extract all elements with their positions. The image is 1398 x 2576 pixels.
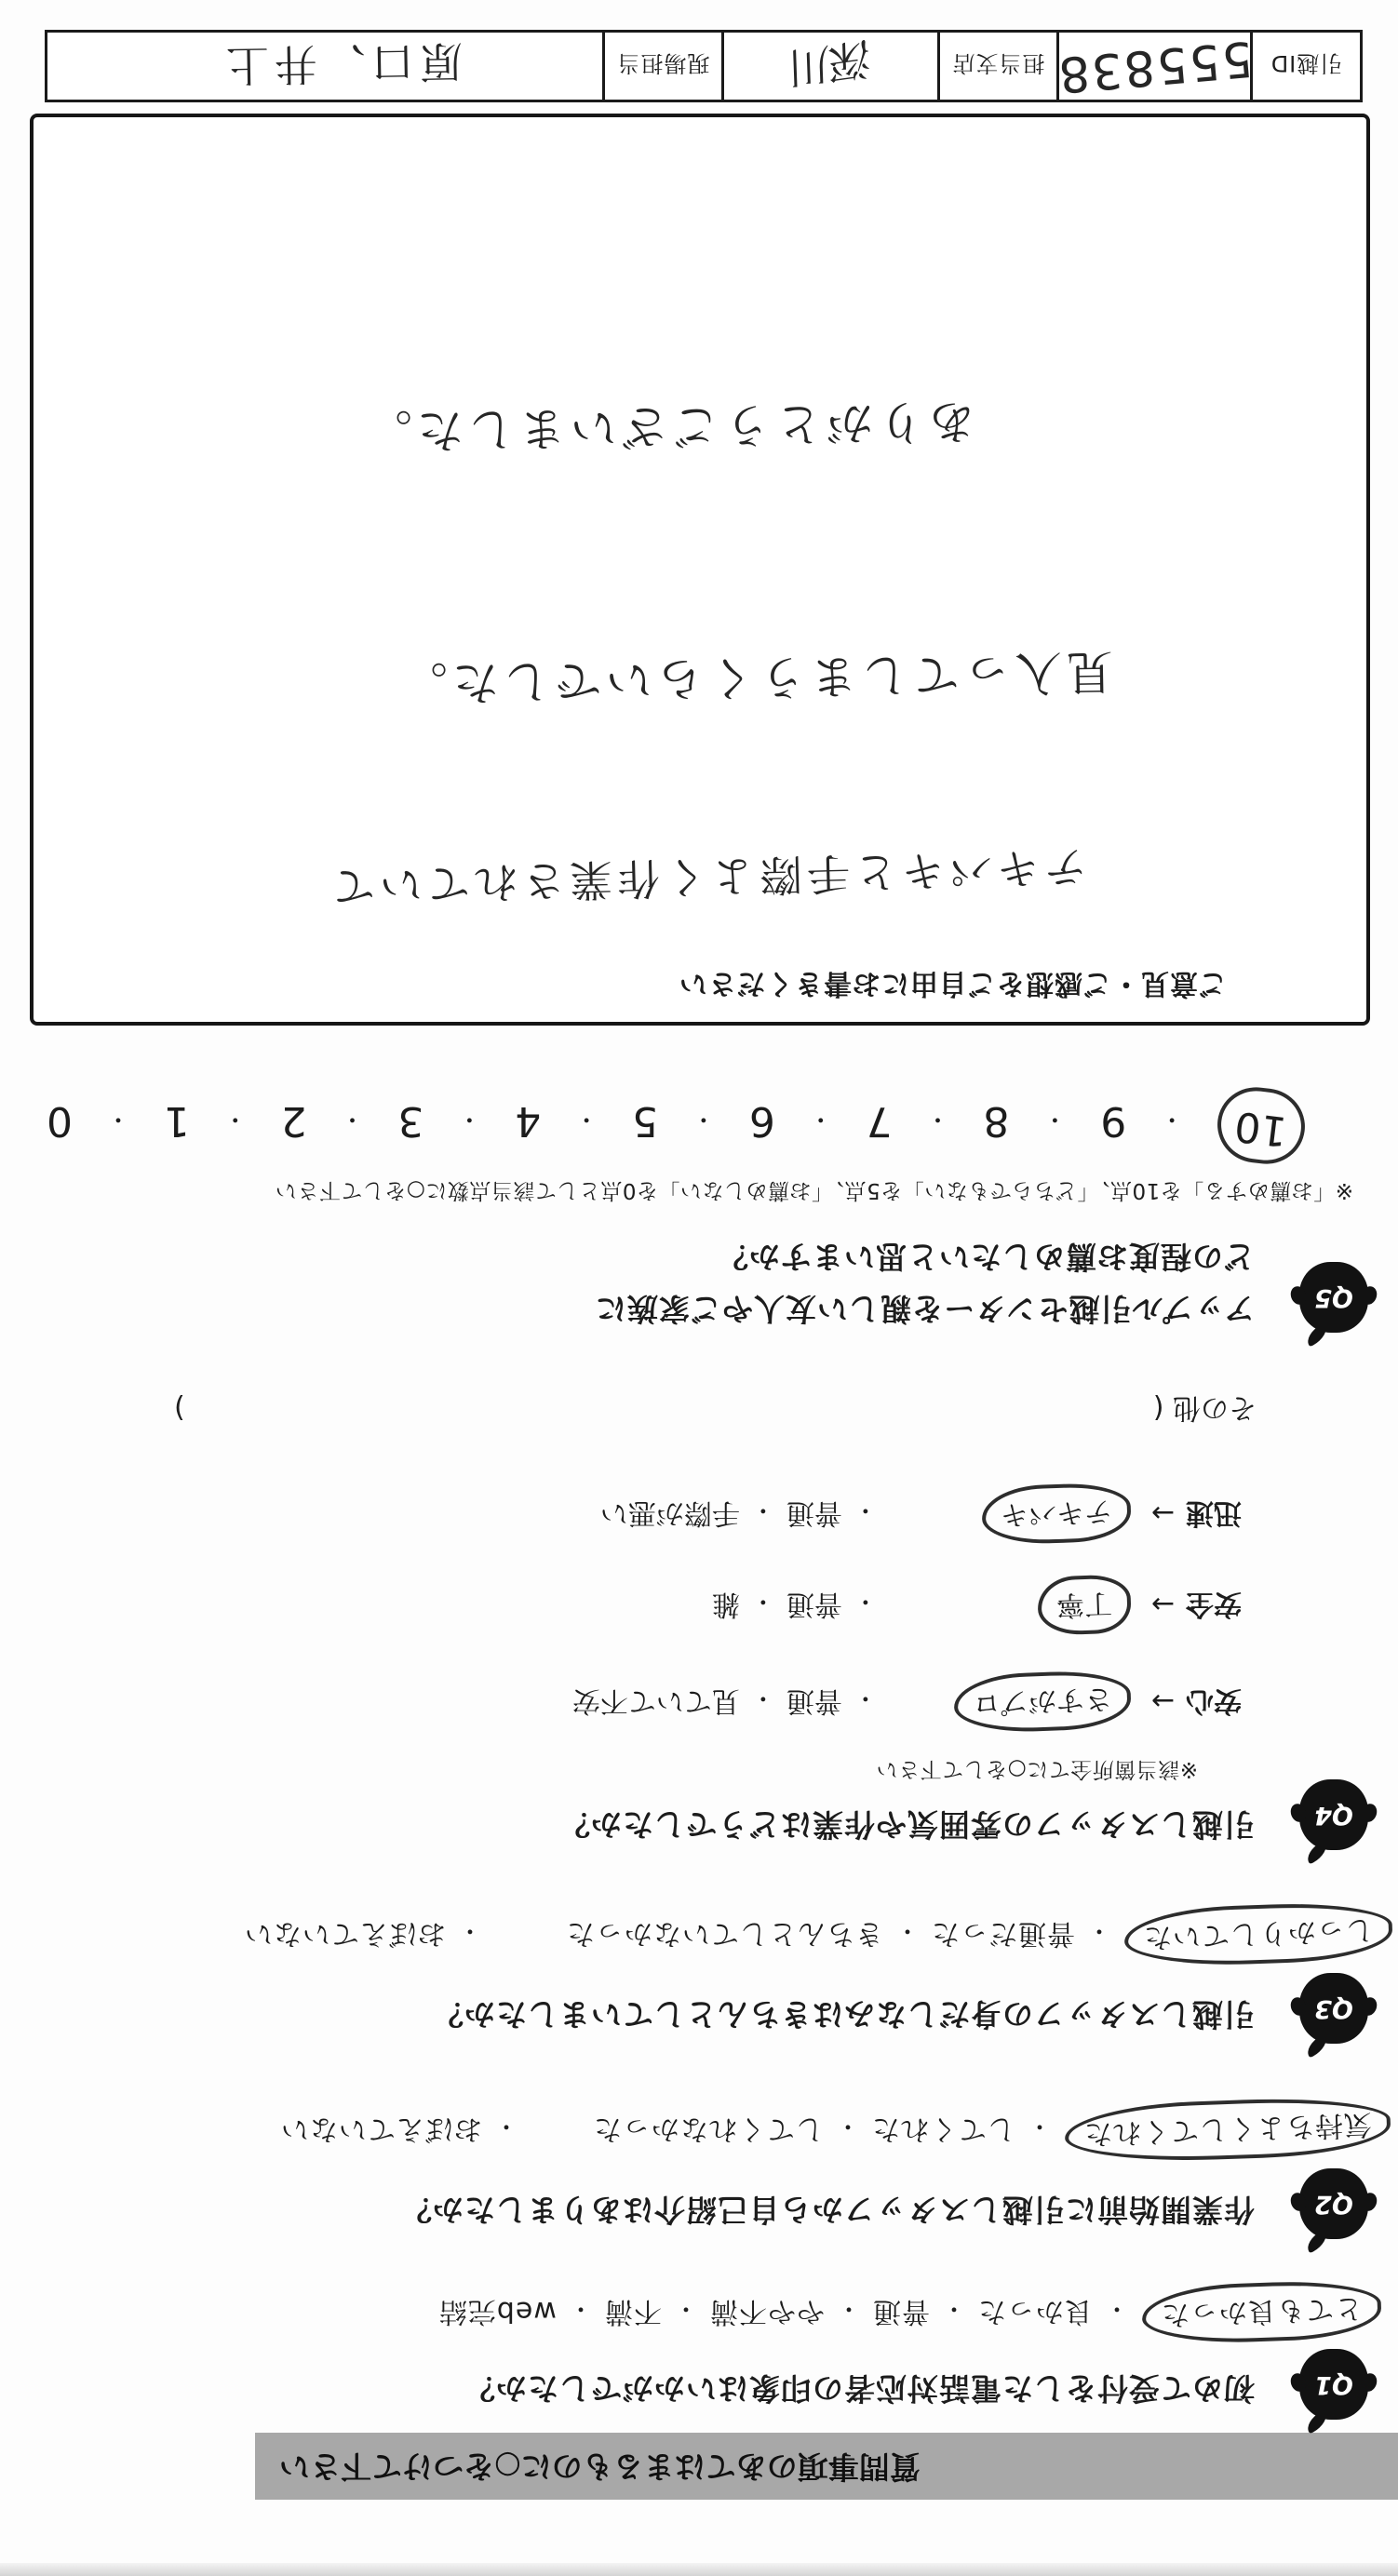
option-separator: ・ xyxy=(835,2112,860,2140)
scale-separator: ・ xyxy=(692,1104,716,1138)
arrow-glyph: → xyxy=(1151,1684,1175,1717)
close-paren: ) xyxy=(174,1391,185,1424)
scale-separator: ・ xyxy=(106,1104,130,1138)
q4-category: 安全 xyxy=(1180,1587,1242,1628)
scale-point: 7 xyxy=(867,1097,893,1145)
option-separator: ・ xyxy=(854,1684,878,1711)
survey-document-rotated-180: 質問事項のあてはまるものに○をつけて下さい Q1 初めて受付をした電話対応者の印… xyxy=(0,0,1398,2576)
q3-options-row: しっかりしていた・普通だった・きちんとしていなかった・おぼえていない xyxy=(244,1909,1394,1960)
option-separator: ・ xyxy=(854,1496,878,1523)
scale-point: 5 xyxy=(632,1097,658,1145)
q4-apple-mascot-icon: Q4 xyxy=(1297,1778,1370,1859)
q1-badge: Q1 xyxy=(1297,2370,1370,2399)
q5-scoring-note: ※「お薦めする」を10点、「どちらでもない」を5点、「お薦めしない」を0点として… xyxy=(275,1177,1353,1208)
q3-badge: Q3 xyxy=(1297,1994,1370,2023)
q3-apple-mascot-icon: Q3 xyxy=(1297,1971,1370,2053)
q1-option: 普通 xyxy=(872,2295,930,2328)
scale-separator: ・ xyxy=(926,1104,950,1138)
handwritten-comment-line: ありがとうございました。 xyxy=(360,391,975,469)
q4-instruction-note: ※該当箇所全てに○をして下さい xyxy=(876,1756,1198,1787)
q1-option: やや不満 xyxy=(709,2295,825,2328)
q5-apple-mascot-icon: Q5 xyxy=(1297,1260,1370,1342)
q2-options-row: 気持ちよくしてくれた・してくれた・してくれなかった・おぼえていない xyxy=(280,2104,1392,2155)
q3-option: きちんとしていなかった xyxy=(566,1917,883,1950)
handwritten-circle-annotation: とても良かった xyxy=(1141,2279,1382,2346)
footer-id-table: 引越ID 555838 担当支店 深川 現場担当 原口、井上 xyxy=(45,30,1363,102)
q1-option: web完結 xyxy=(438,2295,557,2328)
q3-option-selected: しっかりしていた xyxy=(1142,1913,1374,1954)
scale-point: 0 xyxy=(47,1097,73,1145)
q2-apple-mascot-icon: Q2 xyxy=(1297,2167,1370,2248)
q3-question-text: 引越しスタッフの身だしなみはきちんとしていましたか？ xyxy=(432,1994,1255,2038)
q1-option-selected: とても良かった xyxy=(1160,2291,1363,2331)
handwritten-circle-annotation: しっかりしていた xyxy=(1123,1900,1393,1968)
q4-badge: Q4 xyxy=(1297,1801,1370,1830)
handwritten-circle-annotation: さすがプロ xyxy=(953,1670,1132,1735)
staff-label: 現場担当 xyxy=(602,33,721,100)
q4-option-selected: 丁寧 xyxy=(1055,1587,1112,1621)
q5-badge: Q5 xyxy=(1297,1283,1370,1312)
option-separator: ・ xyxy=(1027,2112,1052,2140)
q4-row-anzen: 安全→丁寧・普通・雑 xyxy=(712,1579,1242,1630)
q4-other-label: その他 xyxy=(1173,1391,1257,1424)
scale-point: 3 xyxy=(397,1097,423,1145)
scale-separator: ・ xyxy=(1042,1104,1067,1138)
scale-point: 1 xyxy=(164,1097,190,1145)
option-separator: ・ xyxy=(751,1684,775,1711)
scanned-survey-sheet: 質問事項のあてはまるものに○をつけて下さい Q1 初めて受付をした電話対応者の印… xyxy=(0,0,1398,2576)
q4-question-text: 引越しスタッフの雰囲気や作業はどうでしたか？ xyxy=(558,1805,1255,1848)
option-separator: ・ xyxy=(673,2294,698,2322)
q4-category: 安心 xyxy=(1180,1684,1242,1724)
scale-point: 6 xyxy=(749,1097,775,1145)
scale-separator: ・ xyxy=(223,1104,248,1138)
scale-separator: ・ xyxy=(457,1104,481,1138)
q4-option: 見ていて不安 xyxy=(572,1684,740,1717)
q4-option-selected: さすがプロ xyxy=(972,1682,1112,1719)
handwritten-comment-line: 見入ってしまうくらいでした。 xyxy=(396,641,1113,720)
q4-option: 手際が悪い xyxy=(600,1496,740,1529)
scale-point: 4 xyxy=(515,1097,541,1145)
handwritten-comment-line: テキパキと手際よく作業されていて xyxy=(327,839,1087,919)
q4-row-jinsoku: 迅速→テキパキ・普通・手際が悪い xyxy=(600,1488,1242,1539)
q4-row-other: その他 () xyxy=(174,1390,1257,1431)
q4-option: 普通 xyxy=(786,1684,842,1717)
q1-option: 不満 xyxy=(604,2295,662,2328)
q2-option: してくれなかった xyxy=(593,2113,824,2145)
recommendation-scale: 10 ・ 9 ・ 8 ・ 7 ・ 6 ・ 5 ・ 4 ・ 3 ・ 2 ・ 1 ・… xyxy=(47,1088,1305,1154)
option-separator: ・ xyxy=(751,1496,775,1523)
comment-heading: ご意見・ご感想をご自由にお書きください xyxy=(34,966,1366,1022)
staff-value-handwritten: 原口、井上 xyxy=(47,33,602,100)
q4-category: 迅速 xyxy=(1180,1496,1242,1536)
branch-label: 担当支店 xyxy=(937,33,1056,100)
option-separator: ・ xyxy=(941,2294,966,2322)
option-separator: ・ xyxy=(854,1587,878,1615)
option-separator: ・ xyxy=(1104,2294,1129,2322)
q4-row-anshin: 安心→さすがプロ・普通・見ていて不安 xyxy=(572,1676,1242,1727)
q2-question-text: 作業開始前に引越しスタッフから自己紹介はありましたか？ xyxy=(400,2190,1255,2234)
scale-separator: ・ xyxy=(574,1104,598,1138)
q4-option: 雑 xyxy=(712,1588,740,1620)
scale-point: 2 xyxy=(281,1097,307,1145)
option-separator: ・ xyxy=(568,2294,593,2322)
moving-id-value: 555838 xyxy=(1056,33,1250,100)
q2-option: おぼえていない xyxy=(280,2113,482,2145)
free-comment-box: ご意見・ご感想をご自由にお書きください テキパキと手際よく作業されていて 見入っ… xyxy=(30,114,1370,1026)
scale-point: 9 xyxy=(1100,1097,1126,1145)
q1-options-row: とても良かった・良かった・普通・やや不満・不満・web完結 xyxy=(438,2287,1383,2338)
q3-option: 普通だった xyxy=(931,1917,1075,1950)
q2-option: してくれた xyxy=(871,2113,1015,2145)
handwritten-circle-annotation: 10 xyxy=(1213,1083,1309,1169)
scale-point: 8 xyxy=(983,1097,1009,1145)
q3-option: おぼえていない xyxy=(244,1917,446,1950)
option-separator: ・ xyxy=(493,2112,518,2140)
form-title: 質問事項のあてはまるものに○をつけて下さい xyxy=(279,2449,921,2485)
option-separator: ・ xyxy=(894,1916,920,1944)
arrow-glyph: → xyxy=(1151,1588,1175,1620)
q4-option: 普通 xyxy=(786,1588,842,1620)
option-separator: ・ xyxy=(836,2294,861,2322)
form-title-bar: 質問事項のあてはまるものに○をつけて下さい xyxy=(255,2433,1398,2500)
q1-option: 良かった xyxy=(977,2295,1093,2328)
q1-question-text: 初めて受付をした電話対応者の印象はいかがでしたか？ xyxy=(464,2368,1255,2412)
q2-badge: Q2 xyxy=(1297,2190,1370,2219)
branch-value-handwritten: 深川 xyxy=(721,33,937,100)
q5-question-line2: どの程度お薦めしたいと思いますか？ xyxy=(717,1237,1255,1281)
moving-id-label: 引越ID xyxy=(1250,33,1360,100)
open-paren: ( xyxy=(1153,1391,1164,1424)
handwritten-circle-annotation: 丁寧 xyxy=(1037,1574,1132,1635)
q4-option: 普通 xyxy=(786,1496,842,1529)
q4-option-selected: テキパキ xyxy=(1000,1495,1112,1531)
handwritten-circle-annotation: 気持ちよくしてくれた xyxy=(1064,2095,1391,2165)
option-separator: ・ xyxy=(751,1587,775,1615)
scale-separator: ・ xyxy=(809,1104,833,1138)
scale-separator: ・ xyxy=(341,1104,365,1138)
scale-point-10-selected: 10 xyxy=(1232,1102,1290,1155)
q2-option-selected: 気持ちよくしてくれた xyxy=(1082,2108,1372,2151)
arrow-glyph: → xyxy=(1151,1496,1175,1529)
option-separator: ・ xyxy=(457,1916,482,1944)
q1-apple-mascot-icon: Q1 xyxy=(1297,2347,1370,2429)
handwritten-circle-annotation: テキパキ xyxy=(981,1482,1132,1546)
q5-question-line1: アップル引越センターを親しい友人やご家族に xyxy=(595,1289,1255,1333)
option-separator: ・ xyxy=(1086,1916,1111,1944)
scanner-edge-artifact xyxy=(0,2563,1398,2576)
scale-separator: ・ xyxy=(1160,1104,1184,1138)
